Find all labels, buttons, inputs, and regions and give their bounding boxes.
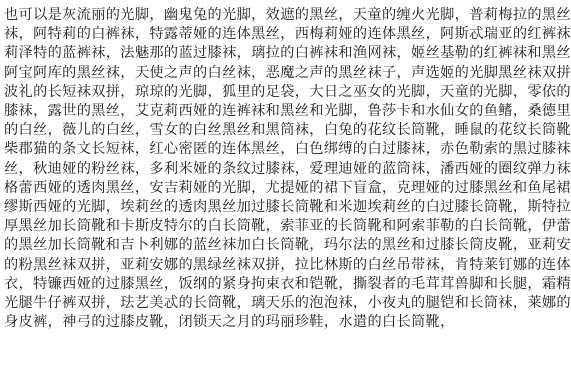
text-line: 膝袜，露世的黑丝，艾克莉西娅的连裤袜和黑丝和光脚，鲁莎卡和水仙女的鱼鳍，桑德里永 [4,102,571,121]
text-line: 丝，秋迪娅的粉丝袜，多利米娅的条纹过膝袜，爱理迪娅的蓝筒袜，潘西娅的圈纹弹力袜， [4,160,571,179]
text-line: 格蕾西娅的透肉黑丝，安吉莉娅的光脚，尤提娅的裙下盲盒，克理娅的过膝黑丝和鱼尾裙， [4,179,571,198]
document-paragraph: 也可以是灰流丽的光脚，幽鬼兔的光脚，效遮的黑丝，天童的缠火光脚，普莉梅拉的黑丝 … [0,0,571,332]
text-line: 袜，阿特莉的白裤袜，特露蒂娅的连体黑丝，西梅莉娅的连体黑丝，阿斯忒瑞亚的红裤袜， [4,25,571,44]
text-line: 衣，特镰西娅的过膝黑丝，饭纲的紧身拘束衣和铠靴，撕裂者的毛茸茸兽脚和长腿，霜精的 [4,275,571,294]
text-line: 身皮裤，神弓的过膝皮靴，闭锁天之月的玛丽珍鞋，水遣的白长筒靴， [4,313,571,332]
text-line: 柴郡猫的条文长短袜，红心密匿的连体黑丝，白色绑缚的白过膝袜，赤色勒索的黑过膝袜 [4,140,571,159]
text-line: 缪斯西娅的光脚，埃莉丝的透肉黑丝加过膝长筒靴和米迦埃莉丝的白过膝长筒靴，斯特拉的 [4,198,571,217]
text-line: 光腿牛仔裤双拼，珐艺美忒的长筒靴，璃天乐的泡泡袜，小夜丸的腿铠和长筒袜，莱娜的紧 [4,294,571,313]
text-line: 的白丝，薇儿的白丝，雪女的白丝黑丝和黑筒袜，白兔的花纹长筒靴，睡鼠的花纹长筒靴， [4,121,571,140]
text-line: 厚黑丝加长筒靴和卡斯皮特尔的白长筒靴，索菲亚的长筒靴和阿索菲勒的白长筒靴，伊蕾娜 [4,217,571,236]
text-line: 阿宝阿库的黑丝袜，天使之声的白丝袜，恶魔之声的黑丝袜子，声选姬的光脚黑丝袜双拼， [4,64,571,83]
text-line: 的粉黑丝袜双拼，亚莉安娜的黑绿丝袜双拼，拉比林斯的白丝吊带袜，肯特莱钉娜的连体胶 [4,256,571,275]
text-line: 波礼的长短袜双拼，琼琼的光脚，狐里的足袋，大日之巫女的光脚，天童的光脚，零依的过 [4,83,571,102]
text-line: 的黑丝加长筒靴和吉卜利娜的蓝丝袜加白长筒靴，玛尔法的黑丝和过膝长筒皮靴，亚莉安努 [4,236,571,255]
text-line: 莉泽特的蓝裤袜，法魅那的蓝过膝袜，璃拉的白裤袜和渔网袜，姬丝基勒的红裤袜和黑丝， [4,44,571,63]
text-line: 也可以是灰流丽的光脚，幽鬼兔的光脚，效遮的黑丝，天童的缠火光脚，普莉梅拉的黑丝 [4,6,571,25]
